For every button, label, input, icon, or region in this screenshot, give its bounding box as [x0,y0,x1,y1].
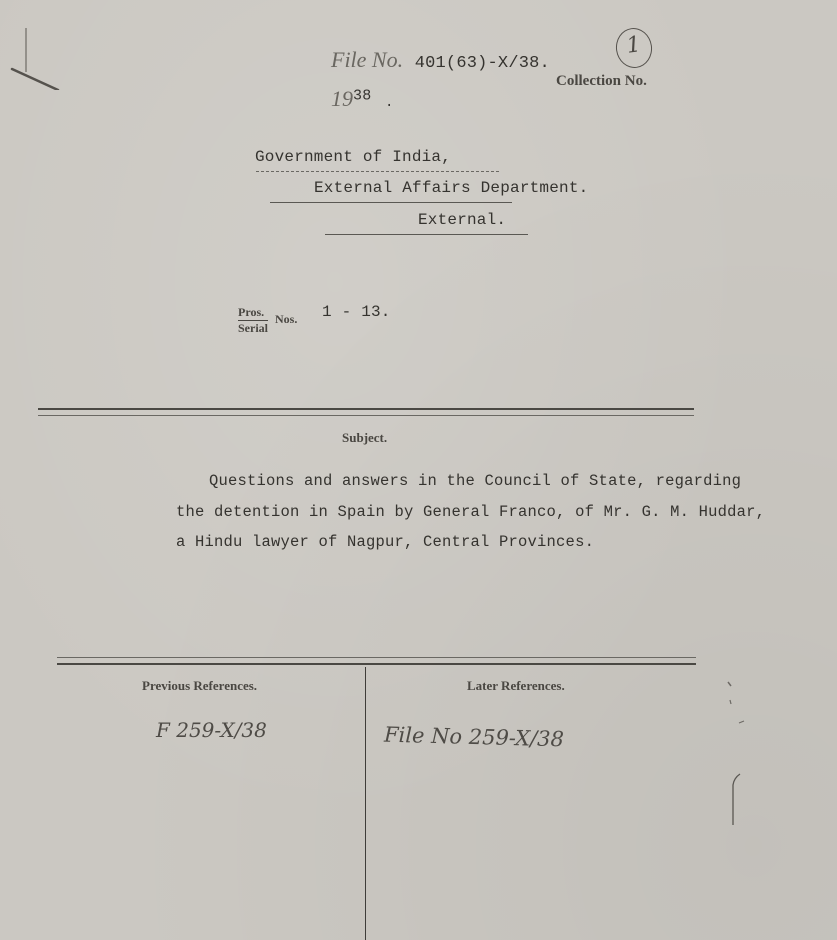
circled-page-number: 1 [613,26,654,71]
proceedings-label: Pros. Serial Nos. [238,306,297,335]
previous-reference-handwritten: F 259-X/38 [156,718,267,742]
edge-pencil-marks [700,660,837,860]
government-underline [256,171,499,172]
file-year: 1938 . [331,86,394,112]
later-reference-handwritten: File No 259-X/38 [384,723,565,752]
collection-label: Collection No. [556,73,647,90]
later-references-heading: Later References. [467,678,565,694]
bottom-divider [57,657,696,665]
department-underline [270,202,512,203]
subject-line-2: the detention in Spain by General Franco… [176,503,765,521]
subject-line-3: a Hindu lawyer of Nagpur, Central Provin… [176,533,594,551]
pencil-mark [0,20,100,90]
file-number: 401(63)-X/38. [415,54,550,73]
previous-references-heading: Previous References. [142,678,257,694]
references-column-divider [365,667,366,940]
top-divider [38,408,694,416]
file-label: File No. [331,47,403,72]
file-number-line: File No. 401(63)-X/38. [331,47,550,73]
department-line: External Affairs Department. [314,179,588,197]
branch-underline [325,234,528,235]
branch-line: External. [418,211,506,229]
subject-heading: Subject. [342,430,387,446]
subject-line-1: Questions and answers in the Council of … [209,472,741,490]
proceedings-range: 1 - 13. [322,303,391,321]
government-line: Government of India, [255,148,451,166]
